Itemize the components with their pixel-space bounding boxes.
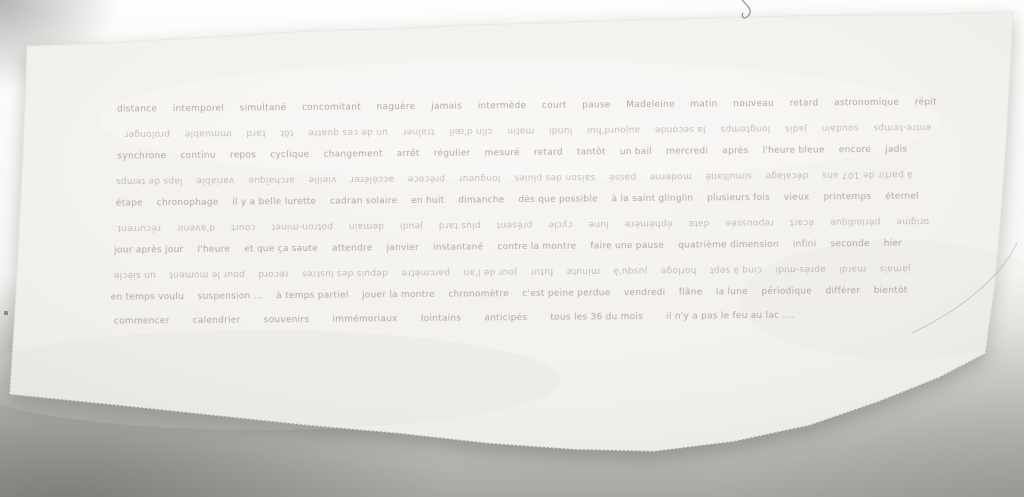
- speck: [4, 311, 8, 315]
- photo-overlays: [0, 0, 1024, 497]
- stray-hair-icon: [912, 243, 1017, 333]
- photograph: distanceintemporelsimultanéconcomitantna…: [0, 0, 1024, 497]
- loose-thread-icon: [742, 0, 750, 18]
